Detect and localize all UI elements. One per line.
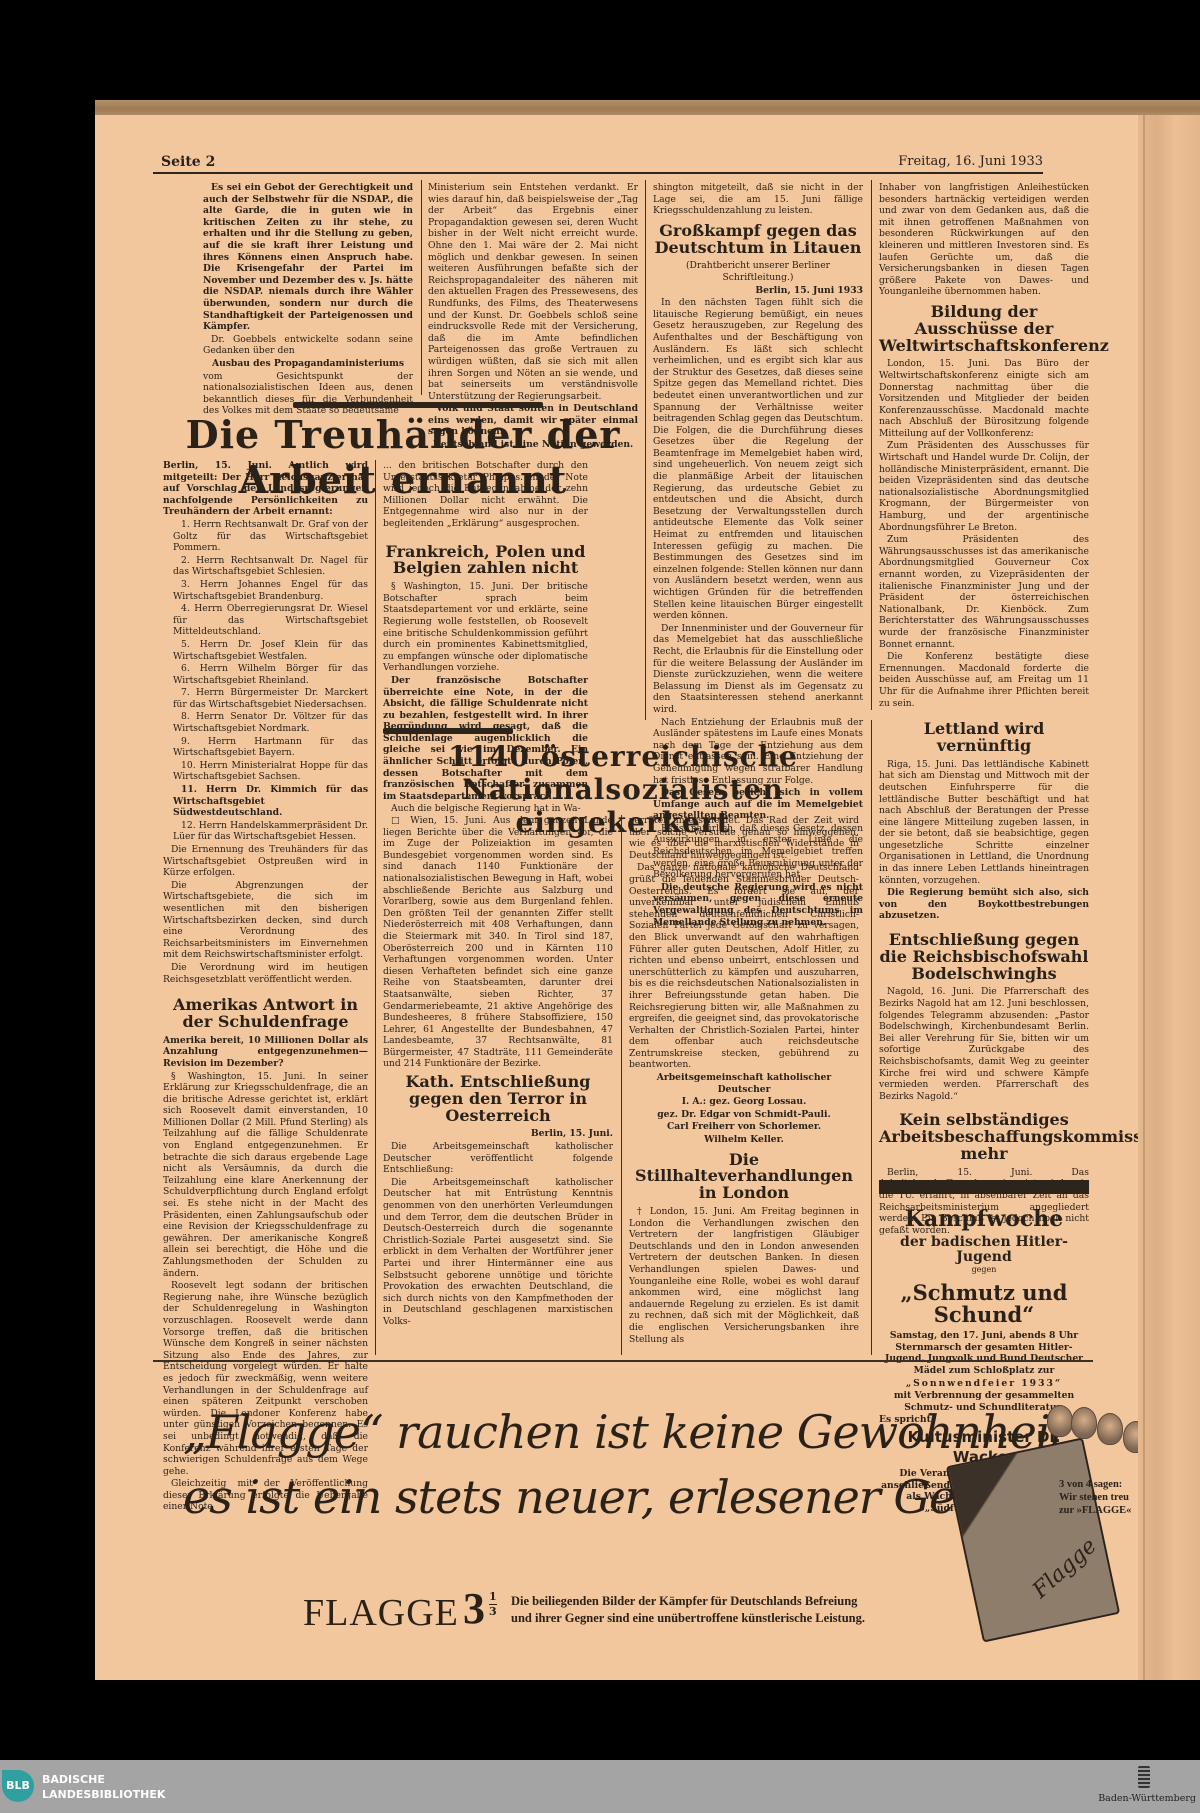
- list-item: 12. Herrn Handelskammerpräsident Dr. Lüe…: [173, 820, 368, 843]
- paragraph: „Sonnwendfeier 1933“: [879, 1378, 1089, 1390]
- paragraph: Inhaber von langfristigen Anleihestücken…: [879, 182, 1089, 298]
- headline-commissariat: Kein selbständiges Arbeitsbeschaffungsko…: [879, 1112, 1089, 1162]
- article-world-conference: Inhaber von langfristigen Anleihestücken…: [879, 182, 1089, 1237]
- ad-quote: 3 von 4 sagen: Wir stehen treu zur »FLAG…: [1059, 1478, 1131, 1517]
- cigarette-pack-image: Flagge: [946, 1437, 1120, 1642]
- list-item: 6. Herrn Wilhelm Börger für das Wirtscha…: [173, 663, 368, 686]
- signature: Arbeitsgemeinschaft katholischer Deutsch…: [629, 1072, 859, 1095]
- paragraph: verräter unterscheidet. Das Rad der Zeit…: [629, 815, 859, 861]
- ad-price-fraction: 1 3: [489, 1590, 497, 1619]
- page-header: Seite 2 Freitag, 16. Juni 1933: [153, 150, 1043, 174]
- fraction-numerator: 1: [489, 1590, 497, 1604]
- library-name-line: BADISCHE: [42, 1772, 165, 1787]
- paragraph: Die Arbeitsgemeinschaft katholischer Deu…: [383, 1177, 613, 1328]
- signature: Wilhelm Keller.: [629, 1134, 859, 1146]
- subheading: der badischen Hitler-Jugend: [879, 1235, 1089, 1264]
- library-name: BADISCHE LANDESBIBLIOTHEK: [42, 1772, 165, 1802]
- paragraph: Zum Präsidenten des Ausschusses für Wirt…: [879, 440, 1089, 533]
- state-label: Baden-Württemberg: [1098, 1793, 1196, 1804]
- ad-slogan-line2: es ist ein stets neuer, erlesener Genuß!: [183, 1470, 1060, 1524]
- column-rule: [871, 720, 872, 1355]
- column-rule: [375, 460, 376, 1355]
- dateline: Berlin, 15. Juni.: [383, 1128, 613, 1140]
- section-rule: [153, 1360, 1093, 1362]
- decorative-rule: [879, 1180, 1089, 1194]
- viewer-background-top: [0, 0, 1200, 100]
- headline-latvia: Lettland wird vernünftig: [879, 721, 1089, 755]
- list-item: 7. Herrn Bürgermeister Dr. Marckert für …: [173, 687, 368, 710]
- list-item: 11. Herrn Dr. Kimmich für das Wirtschaft…: [173, 784, 368, 819]
- column-rule: [871, 180, 872, 710]
- paragraph: Die Arbeitsgemeinschaft katholischer Deu…: [383, 1141, 613, 1176]
- paragraph: Nagold, 16. Juni. Die Pfarrerschaft des …: [879, 986, 1089, 1102]
- headline-lithuania: Großkampf gegen das Deutschtum in Litaue…: [653, 223, 863, 257]
- subheading: Ausbau des Propagandaministeriums: [203, 358, 413, 370]
- appointee-list: 1. Herrn Rechtsanwalt Dr. Graf von der G…: [163, 519, 368, 843]
- quote-line: zur »FLAGGE«: [1059, 1504, 1131, 1517]
- article-trustees: Berlin, 15. Juni. Amtlich wird mitgeteil…: [163, 460, 368, 1514]
- headline-kampfwoche: Kampfwoche: [879, 1208, 1089, 1231]
- paragraph: □ Wien, 15. Juni. Aus dem ganzen Lande l…: [383, 815, 613, 1070]
- slogan: „Schmutz und Schund“: [879, 1282, 1089, 1326]
- subline: (Drahtbericht unserer Berliner Schriftle…: [653, 260, 863, 283]
- list-item: 9. Herrn Hartmann für das Wirtschaftsgeb…: [173, 736, 368, 759]
- paragraph: Die Konferenz bestätigte diese Ernennung…: [879, 651, 1089, 709]
- paragraph: vom Gesichtspunkt der nationalsozialisti…: [203, 371, 413, 417]
- paragraph: Ministerium sein Entstehen verdankt. Er …: [428, 182, 638, 402]
- ad-price: 3: [463, 1583, 485, 1634]
- column-rule: [645, 180, 646, 720]
- paragraph: Es sei ein Gebot der Gerechtigkeit und a…: [203, 182, 413, 333]
- paragraph: Samstag, den 17. Juni, abends 8 Uhr Ster…: [879, 1330, 1089, 1376]
- decorative-rule: [293, 402, 543, 408]
- paragraph: Riga, 15. Juni. Das lettländische Kabine…: [879, 759, 1089, 887]
- article-austria-continued: verräter unterscheidet. Das Rad der Zeit…: [629, 815, 859, 1346]
- pack-label: Flagge: [1028, 1534, 1102, 1604]
- paragraph: Dr. Goebbels entwickelte sodann seine Ge…: [203, 334, 413, 357]
- paragraph: Der Innenminister und der Gouverneur für…: [653, 623, 863, 716]
- paragraph: § Washington, 15. Juni. In seiner Erklär…: [163, 1071, 368, 1280]
- column-rule: [621, 815, 622, 1355]
- list-item: 3. Herrn Johannes Engel für das Wirtscha…: [173, 579, 368, 602]
- headline-bodelschwingh: Entschließung gegen die Reichsbischofswa…: [879, 932, 1089, 982]
- headline-world-conference: Bildung der Ausschüsse der Weltwirtschaf…: [879, 304, 1089, 354]
- list-item: 1. Herrn Rechtsanwalt Dr. Graf von der G…: [173, 519, 368, 554]
- viewer-background-bottom: [0, 1680, 1200, 1760]
- headline-america-debt: Amerikas Antwort in der Schuldenfrage: [163, 997, 368, 1031]
- issue-date: Freitag, 16. Juni 1933: [898, 154, 1043, 169]
- book-spine-shadow: [1143, 115, 1145, 1680]
- advertisement-flagge: „Flagge“ rauchen ist keine Gewohnheit, e…: [153, 1395, 1133, 1645]
- signature: gez. Dr. Edgar von Schmidt-Pauli.: [629, 1109, 859, 1121]
- headline-france-poland: Frankreich, Polen und Belgien zahlen nic…: [383, 544, 588, 578]
- signature: I. A.: gez. Georg Lossau.: [629, 1096, 859, 1108]
- article-austria: □ Wien, 15. Juni. Aus dem ganzen Lande l…: [383, 815, 613, 1329]
- newspaper-page: Seite 2 Freitag, 16. Juni 1933 Es sei ei…: [95, 115, 1200, 1680]
- ad-brand: FLAGGE: [303, 1591, 459, 1635]
- paragraph: London, 15. Juni. Das Büro der Weltwirts…: [879, 358, 1089, 439]
- paragraph: shington mitgeteilt, daß sie nicht in de…: [653, 182, 863, 217]
- paragraph: † London, 15. Juni. Am Freitag beginnen …: [629, 1206, 859, 1345]
- paragraph: Das ganze nationale katholische Deutschl…: [629, 862, 859, 1071]
- paragraph: Zum Präsidenten des Währungsausschusses …: [879, 534, 1089, 650]
- paragraph: Die Ernennung des Treuhänders für das Wi…: [163, 844, 368, 879]
- paragraph: Berlin, 15. Juni. Amtlich wird mitgeteil…: [163, 460, 368, 518]
- headline-catholic-resolution: Kath. Entschließung gegen den Terror in …: [383, 1074, 613, 1124]
- decorative-rule: [383, 728, 513, 734]
- tagline-line: Die beiliegenden Bilder der Kämpfer für …: [511, 1593, 865, 1610]
- page-number: Seite 2: [161, 154, 215, 170]
- list-item: 8. Herrn Senator Dr. Völtzer für das Wir…: [173, 711, 368, 734]
- fraction-denominator: 3: [489, 1604, 497, 1619]
- paragraph: Die Abgrenzungen der Wirtschaftsgebiete,…: [163, 880, 368, 961]
- list-item: 2. Herrn Rechtsanwalt Dr. Nagel für das …: [173, 555, 368, 578]
- dateline: Berlin, 15. Juni 1933: [653, 285, 863, 297]
- column-rule: [421, 180, 422, 395]
- headline-standstill: Die Stillhalteverhandlungen in London: [629, 1152, 859, 1202]
- paragraph: § Washington, 15. Juni. Der britische Bo…: [383, 581, 588, 674]
- blb-logo-icon[interactable]: BLB: [2, 1770, 34, 1802]
- library-footer: BLB BADISCHE LANDESBIBLIOTHEK Baden-Würt…: [0, 1760, 1200, 1813]
- signature: Carl Freiherr von Schorlemer.: [629, 1121, 859, 1133]
- subheading: Amerika bereit, 10 Millionen Dollar als …: [163, 1035, 368, 1070]
- state-crest-icon: [1138, 1766, 1150, 1788]
- list-item: 5. Herrn Dr. Josef Klein für das Wirtsch…: [173, 639, 368, 662]
- paragraph: ... den britischen Botschafter durch den…: [383, 460, 588, 530]
- quote-line: 3 von 4 sagen:: [1059, 1478, 1131, 1491]
- paragraph: In den nächsten Tagen fühlt sich die lit…: [653, 297, 863, 622]
- tagline-line: und ihrer Gegner sind eine unübertroffen…: [511, 1610, 865, 1627]
- article-goebbels-part1: Es sei ein Gebot der Gerechtigkeit und a…: [203, 182, 413, 418]
- paragraph: Die Verordnung wird im heutigen Reichsge…: [163, 962, 368, 985]
- quote-line: Wir stehen treu: [1059, 1491, 1131, 1504]
- paragraph: Die Regierung bemüht sich also, sich von…: [879, 887, 1089, 922]
- list-item: 4. Herrn Oberregierungsrat Dr. Wiesel fü…: [173, 603, 368, 638]
- ad-slogan-line1: „Flagge“ rauchen ist keine Gewohnheit,: [183, 1405, 1081, 1459]
- ad-tagline: Die beiliegenden Bilder der Kämpfer für …: [511, 1593, 865, 1627]
- list-item: 10. Herrn Ministerialrat Hoppe für das W…: [173, 760, 368, 783]
- label: gegen: [879, 1264, 1089, 1276]
- library-name-line: LANDESBIBLIOTHEK: [42, 1787, 165, 1802]
- portrait-illustration: [1043, 1405, 1153, 1465]
